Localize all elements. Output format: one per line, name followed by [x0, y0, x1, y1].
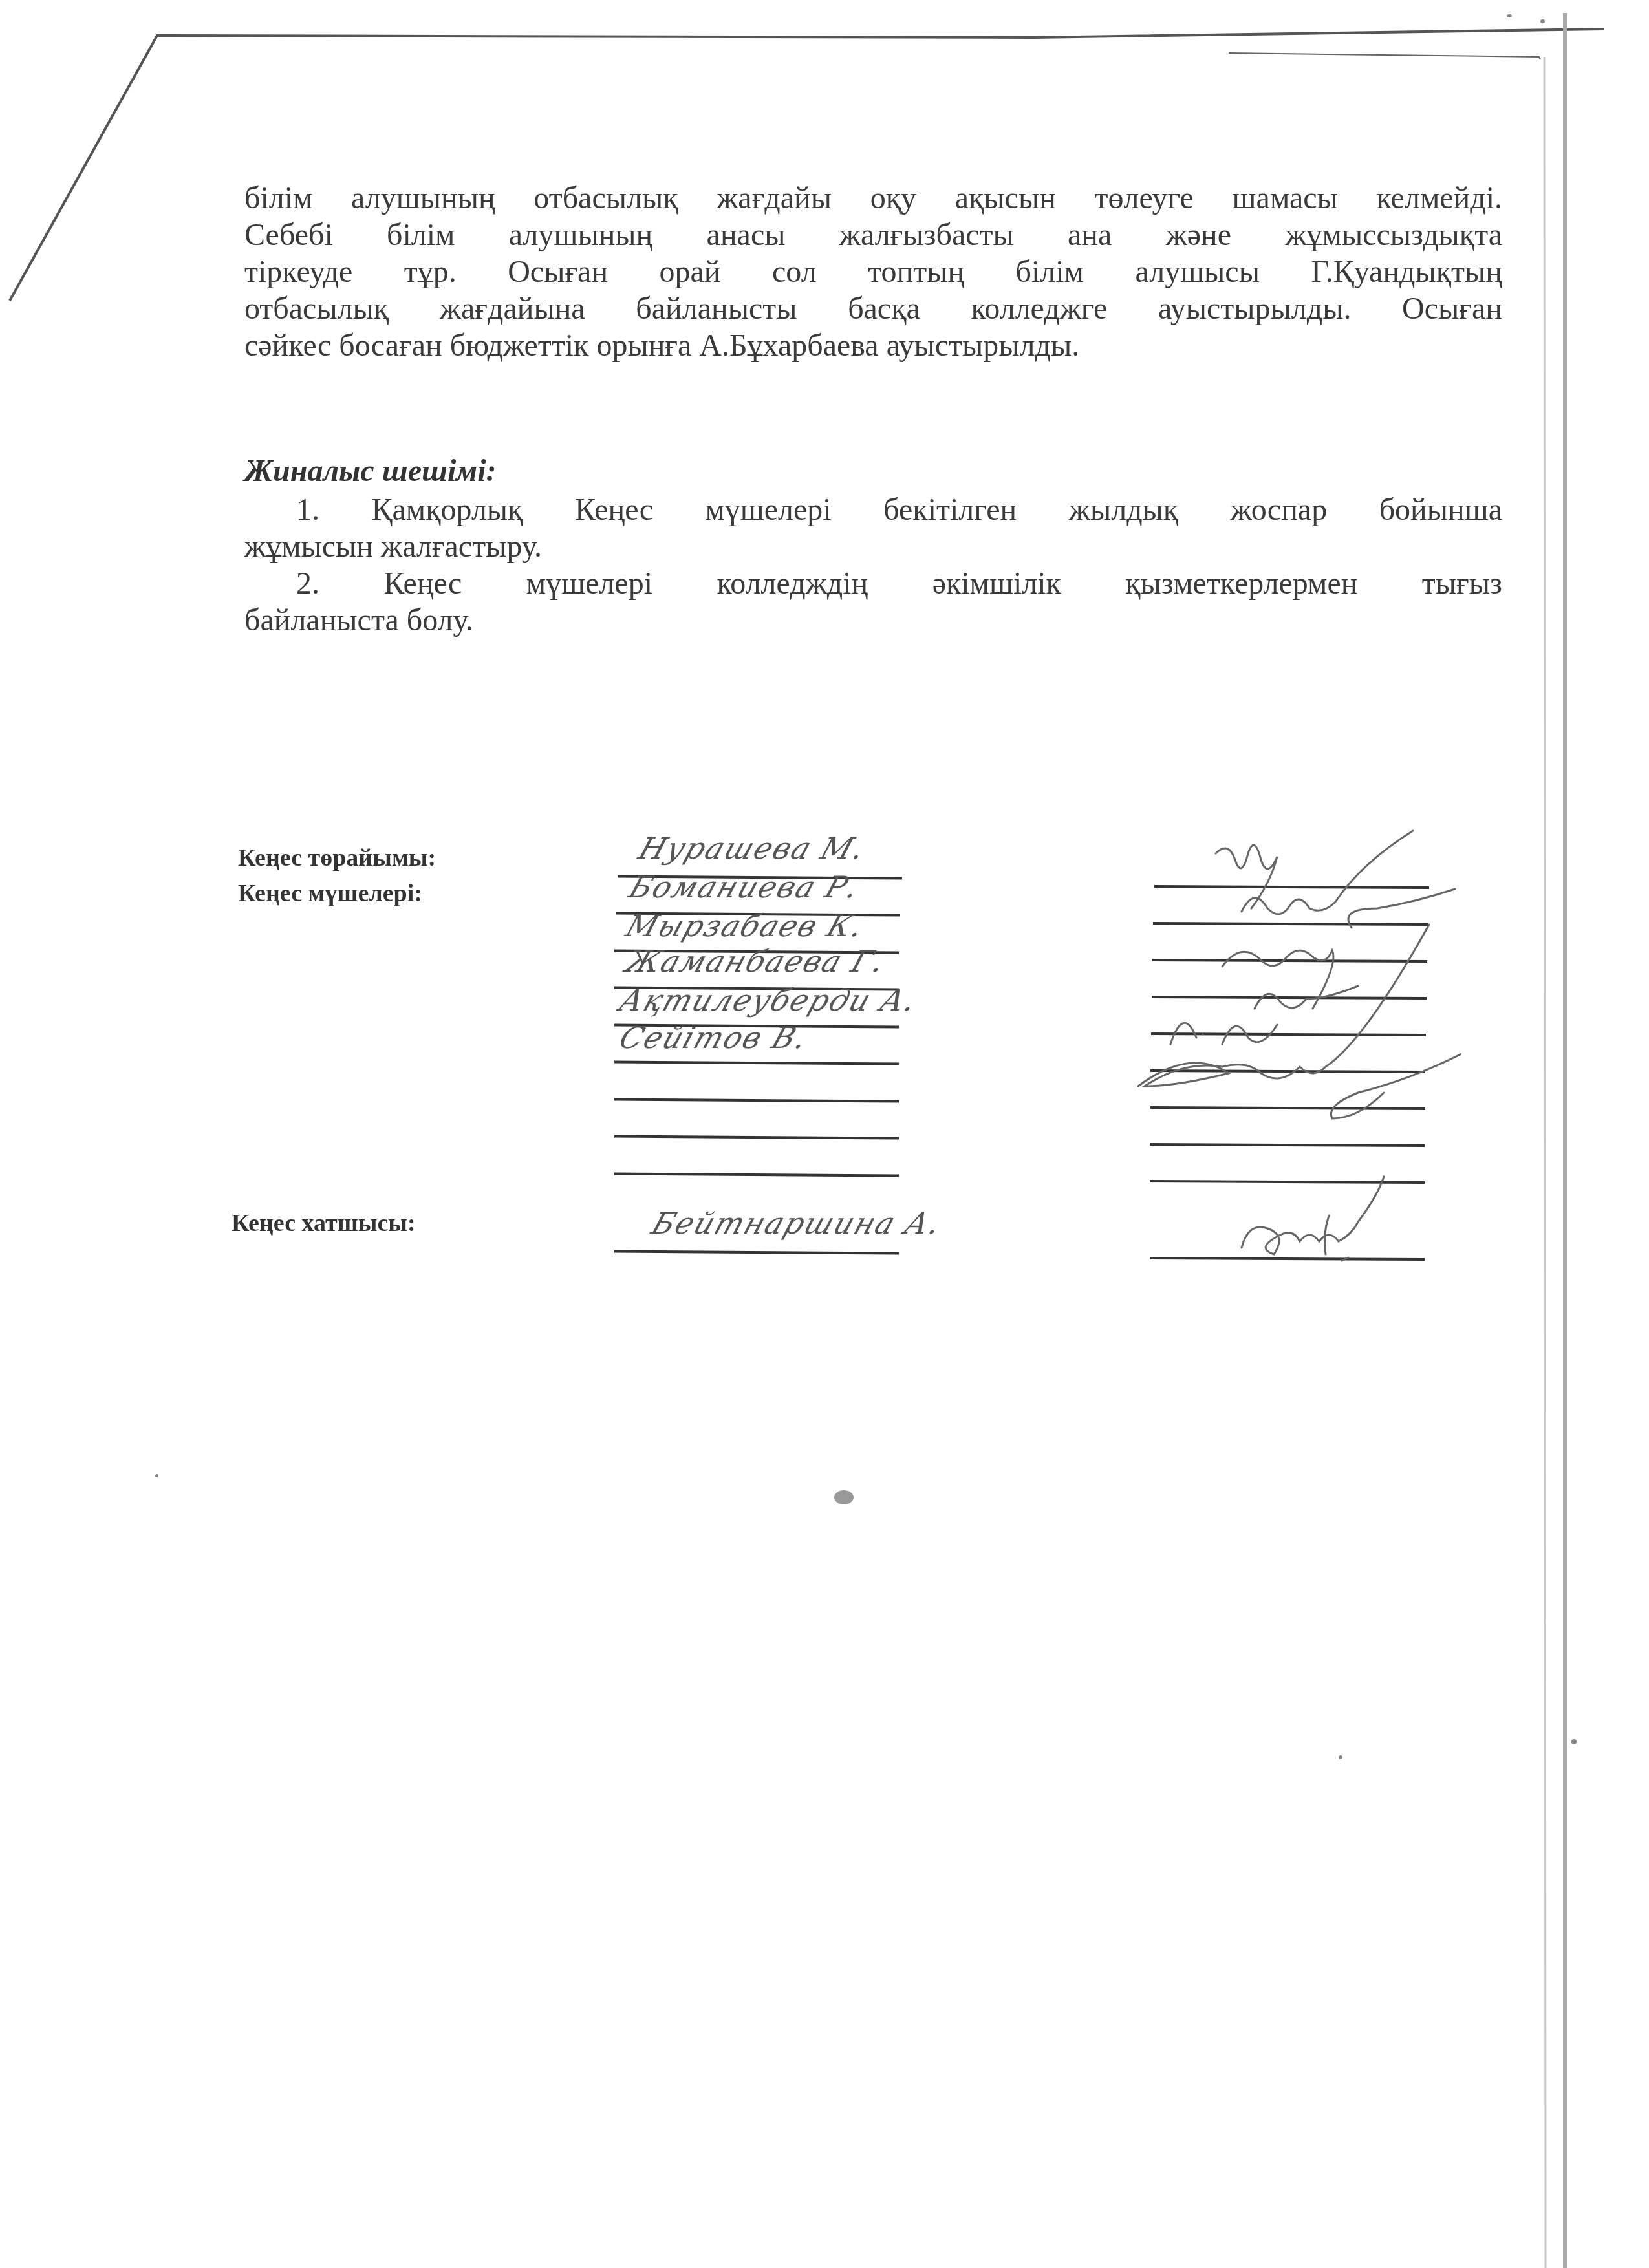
decision-item-line: жұмысын жалғастыру.	[244, 528, 1502, 565]
scan-smudge	[834, 1490, 854, 1504]
paragraph-line: сәйкес босаған бюджеттік орынға А.Бұхарб…	[244, 327, 1502, 364]
handwritten-name: Боманиева Р.	[625, 870, 864, 904]
secretary-name-line	[614, 1250, 899, 1254]
paragraph-line: тіркеуде тұр. Осыған орай сол топтың біл…	[244, 253, 1502, 290]
handwritten-name: Сейітов В.	[615, 1020, 812, 1055]
handwritten-name: Ақтилеуберди А.	[615, 983, 921, 1018]
members-label: Кеңес мүшелері:	[238, 879, 422, 908]
handwritten-name: Жаманбаева Г.	[621, 944, 890, 979]
member-signatures	[1125, 815, 1461, 1125]
decision-item: 1. Қамқорлық Кеңес мүшелері бекітілген ж…	[244, 491, 1502, 565]
decision-heading: Жиналыс шешімі:	[244, 453, 496, 489]
name-line	[614, 1060, 899, 1065]
decision-item: 2. Кеңес мүшелері колледждің әкімшілік қ…	[244, 565, 1502, 639]
decision-item-line: байланыста болу.	[244, 602, 1502, 639]
paragraph-line: отбасылық жағдайына байланысты басқа кол…	[244, 290, 1502, 327]
scan-speck	[155, 1474, 158, 1477]
name-line	[614, 1135, 899, 1139]
handwritten-name: Мырзабаев К.	[621, 908, 868, 943]
paragraph-line: білім алушының отбасылық жағдайы оқу ақы…	[244, 180, 1502, 217]
handwritten-name: Нурашева М.	[634, 831, 870, 866]
name-line	[614, 1172, 899, 1177]
paragraph-line: Себебі білім алушының анасы жалғызбасты …	[244, 217, 1502, 253]
chair-label: Кеңес төрайымы:	[238, 844, 436, 872]
signature-line	[1150, 1143, 1425, 1147]
decision-item-line: 1. Қамқорлық Кеңес мүшелері бекітілген ж…	[244, 491, 1502, 528]
decision-list: 1. Қамқорлық Кеңес мүшелері бекітілген ж…	[244, 491, 1502, 639]
scan-speck	[1339, 1755, 1342, 1759]
scan-speck	[1540, 19, 1545, 23]
handwritten-secretary-name: Бейтнаршина А.	[647, 1206, 946, 1241]
body-paragraph: білім алушының отбасылық жағдайы оқу ақы…	[244, 180, 1502, 364]
decision-item-line: 2. Кеңес мүшелері колледждің әкімшілік қ…	[244, 565, 1502, 602]
scan-speck	[1507, 14, 1512, 17]
secretary-label: Кеңес хатшысы:	[232, 1209, 416, 1237]
secretary-signature	[1229, 1170, 1436, 1280]
scan-speck	[1571, 1739, 1577, 1744]
name-line	[614, 1098, 899, 1102]
